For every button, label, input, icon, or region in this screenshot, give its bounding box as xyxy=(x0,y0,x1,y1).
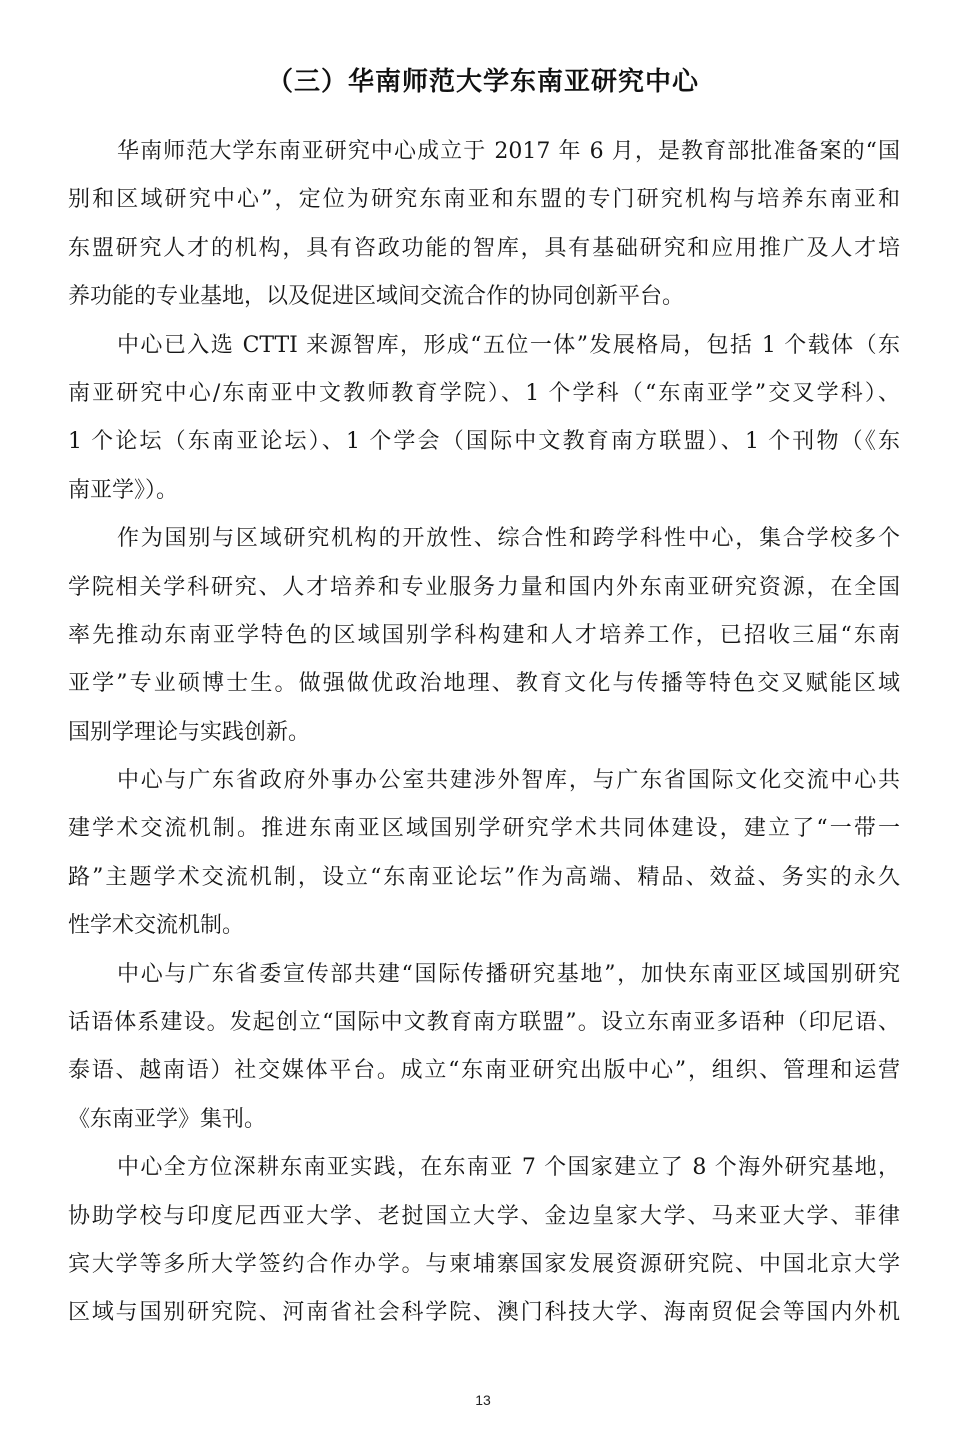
text-line: 作为国别与区域研究机构的开放性、综合性和跨学科性中心，集合学校多个 xyxy=(68,515,900,563)
text-line: 养功能的专业基地，以及促进区域间交流合作的协同创新平台。 xyxy=(68,273,900,321)
paragraph-communication: 中心与广东省委宣传部共建“国际传播研究基地”，加快东南亚区域国别研究 话语体系建… xyxy=(68,951,900,1145)
text-line: 南亚研究中心/东南亚中文教师教育学院）、1 个学科（“东南亚学”交叉学科）、 xyxy=(68,370,900,418)
page-number: 13 xyxy=(0,1390,966,1410)
text-line: 中心与广东省委宣传部共建“国际传播研究基地”，加快东南亚区域国别研究 xyxy=(68,951,900,999)
document-body: 华南师范大学东南亚研究中心成立于 2017 年 6 月，是教育部批准备案的“国 … xyxy=(68,128,900,1338)
text-line: 性学术交流机制。 xyxy=(68,902,900,950)
text-line: 泰语、越南语）社交媒体平台。成立“东南亚研究出版中心”，组织、管理和运营 xyxy=(68,1047,900,1095)
text-line: 区域与国别研究院、河南省社会科学院、澳门科技大学、海南贸促会等国内外机 xyxy=(68,1289,900,1337)
text-line: 国别学理论与实践创新。 xyxy=(68,709,900,757)
text-line: 宾大学等多所大学签约合作办学。与柬埔寨国家发展资源研究院、中国北京大学 xyxy=(68,1241,900,1289)
text-line: 路”主题学术交流机制，设立“东南亚论坛”作为高端、精品、效益、务实的永久 xyxy=(68,854,900,902)
text-line: 中心与广东省政府外事办公室共建涉外智库，与广东省国际文化交流中心共 xyxy=(68,757,900,805)
text-line: 南亚学》）。 xyxy=(68,467,900,515)
text-line: 话语体系建设。发起创立“国际中文教育南方联盟”。设立东南亚多语种（印尼语、 xyxy=(68,999,900,1047)
text-line: 协助学校与印度尼西亚大学、老挝国立大学、金边皇家大学、马来亚大学、菲律 xyxy=(68,1193,900,1241)
text-line: 中心全方位深耕东南亚实践，在东南亚 7 个国家建立了 8 个海外研究基地， xyxy=(68,1144,900,1192)
paragraph-think-tank: 中心与广东省政府外事办公室共建涉外智库，与广东省国际文化交流中心共 建学术交流机… xyxy=(68,757,900,951)
text-line: 别和区域研究中心”，定位为研究东南亚和东盟的专门研究机构与培养东南亚和 xyxy=(68,176,900,224)
section-title: （三）华南师范大学东南亚研究中心 xyxy=(0,62,966,102)
text-line: 《东南亚学》集刊。 xyxy=(68,1096,900,1144)
text-line: 学院相关学科研究、人才培养和专业服务力量和国内外东南亚研究资源，在全国 xyxy=(68,564,900,612)
paragraph-structure: 中心已入选 CTTI 来源智库，形成“五位一体”发展格局，包括 1 个载体（东 … xyxy=(68,322,900,516)
text-line: 建学术交流机制。推进东南亚区域国别学研究学术共同体建设，建立了“一带一 xyxy=(68,805,900,853)
text-line: 1 个论坛（东南亚论坛）、1 个学会（国际中文教育南方联盟）、1 个刊物（《东 xyxy=(68,418,900,466)
text-line: 东盟研究人才的机构，具有咨政功能的智库，具有基础研究和应用推广及人才培 xyxy=(68,225,900,273)
paragraph-discipline: 作为国别与区域研究机构的开放性、综合性和跨学科性中心，集合学校多个 学院相关学科… xyxy=(68,515,900,757)
text-line: 亚学”专业硕博士生。做强做优政治地理、教育文化与传播等特色交叉赋能区域 xyxy=(68,660,900,708)
paragraph-founding: 华南师范大学东南亚研究中心成立于 2017 年 6 月，是教育部批准备案的“国 … xyxy=(68,128,900,322)
text-line: 中心已入选 CTTI 来源智库，形成“五位一体”发展格局，包括 1 个载体（东 xyxy=(68,322,900,370)
paragraph-overseas-bases: 中心全方位深耕东南亚实践，在东南亚 7 个国家建立了 8 个海外研究基地， 协助… xyxy=(68,1144,900,1338)
text-line: 率先推动东南亚学特色的区域国别学科构建和人才培养工作，已招收三届“东南 xyxy=(68,612,900,660)
document-page: （三）华南师范大学东南亚研究中心 华南师范大学东南亚研究中心成立于 2017 年… xyxy=(0,0,966,1438)
text-line: 华南师范大学东南亚研究中心成立于 2017 年 6 月，是教育部批准备案的“国 xyxy=(68,128,900,176)
